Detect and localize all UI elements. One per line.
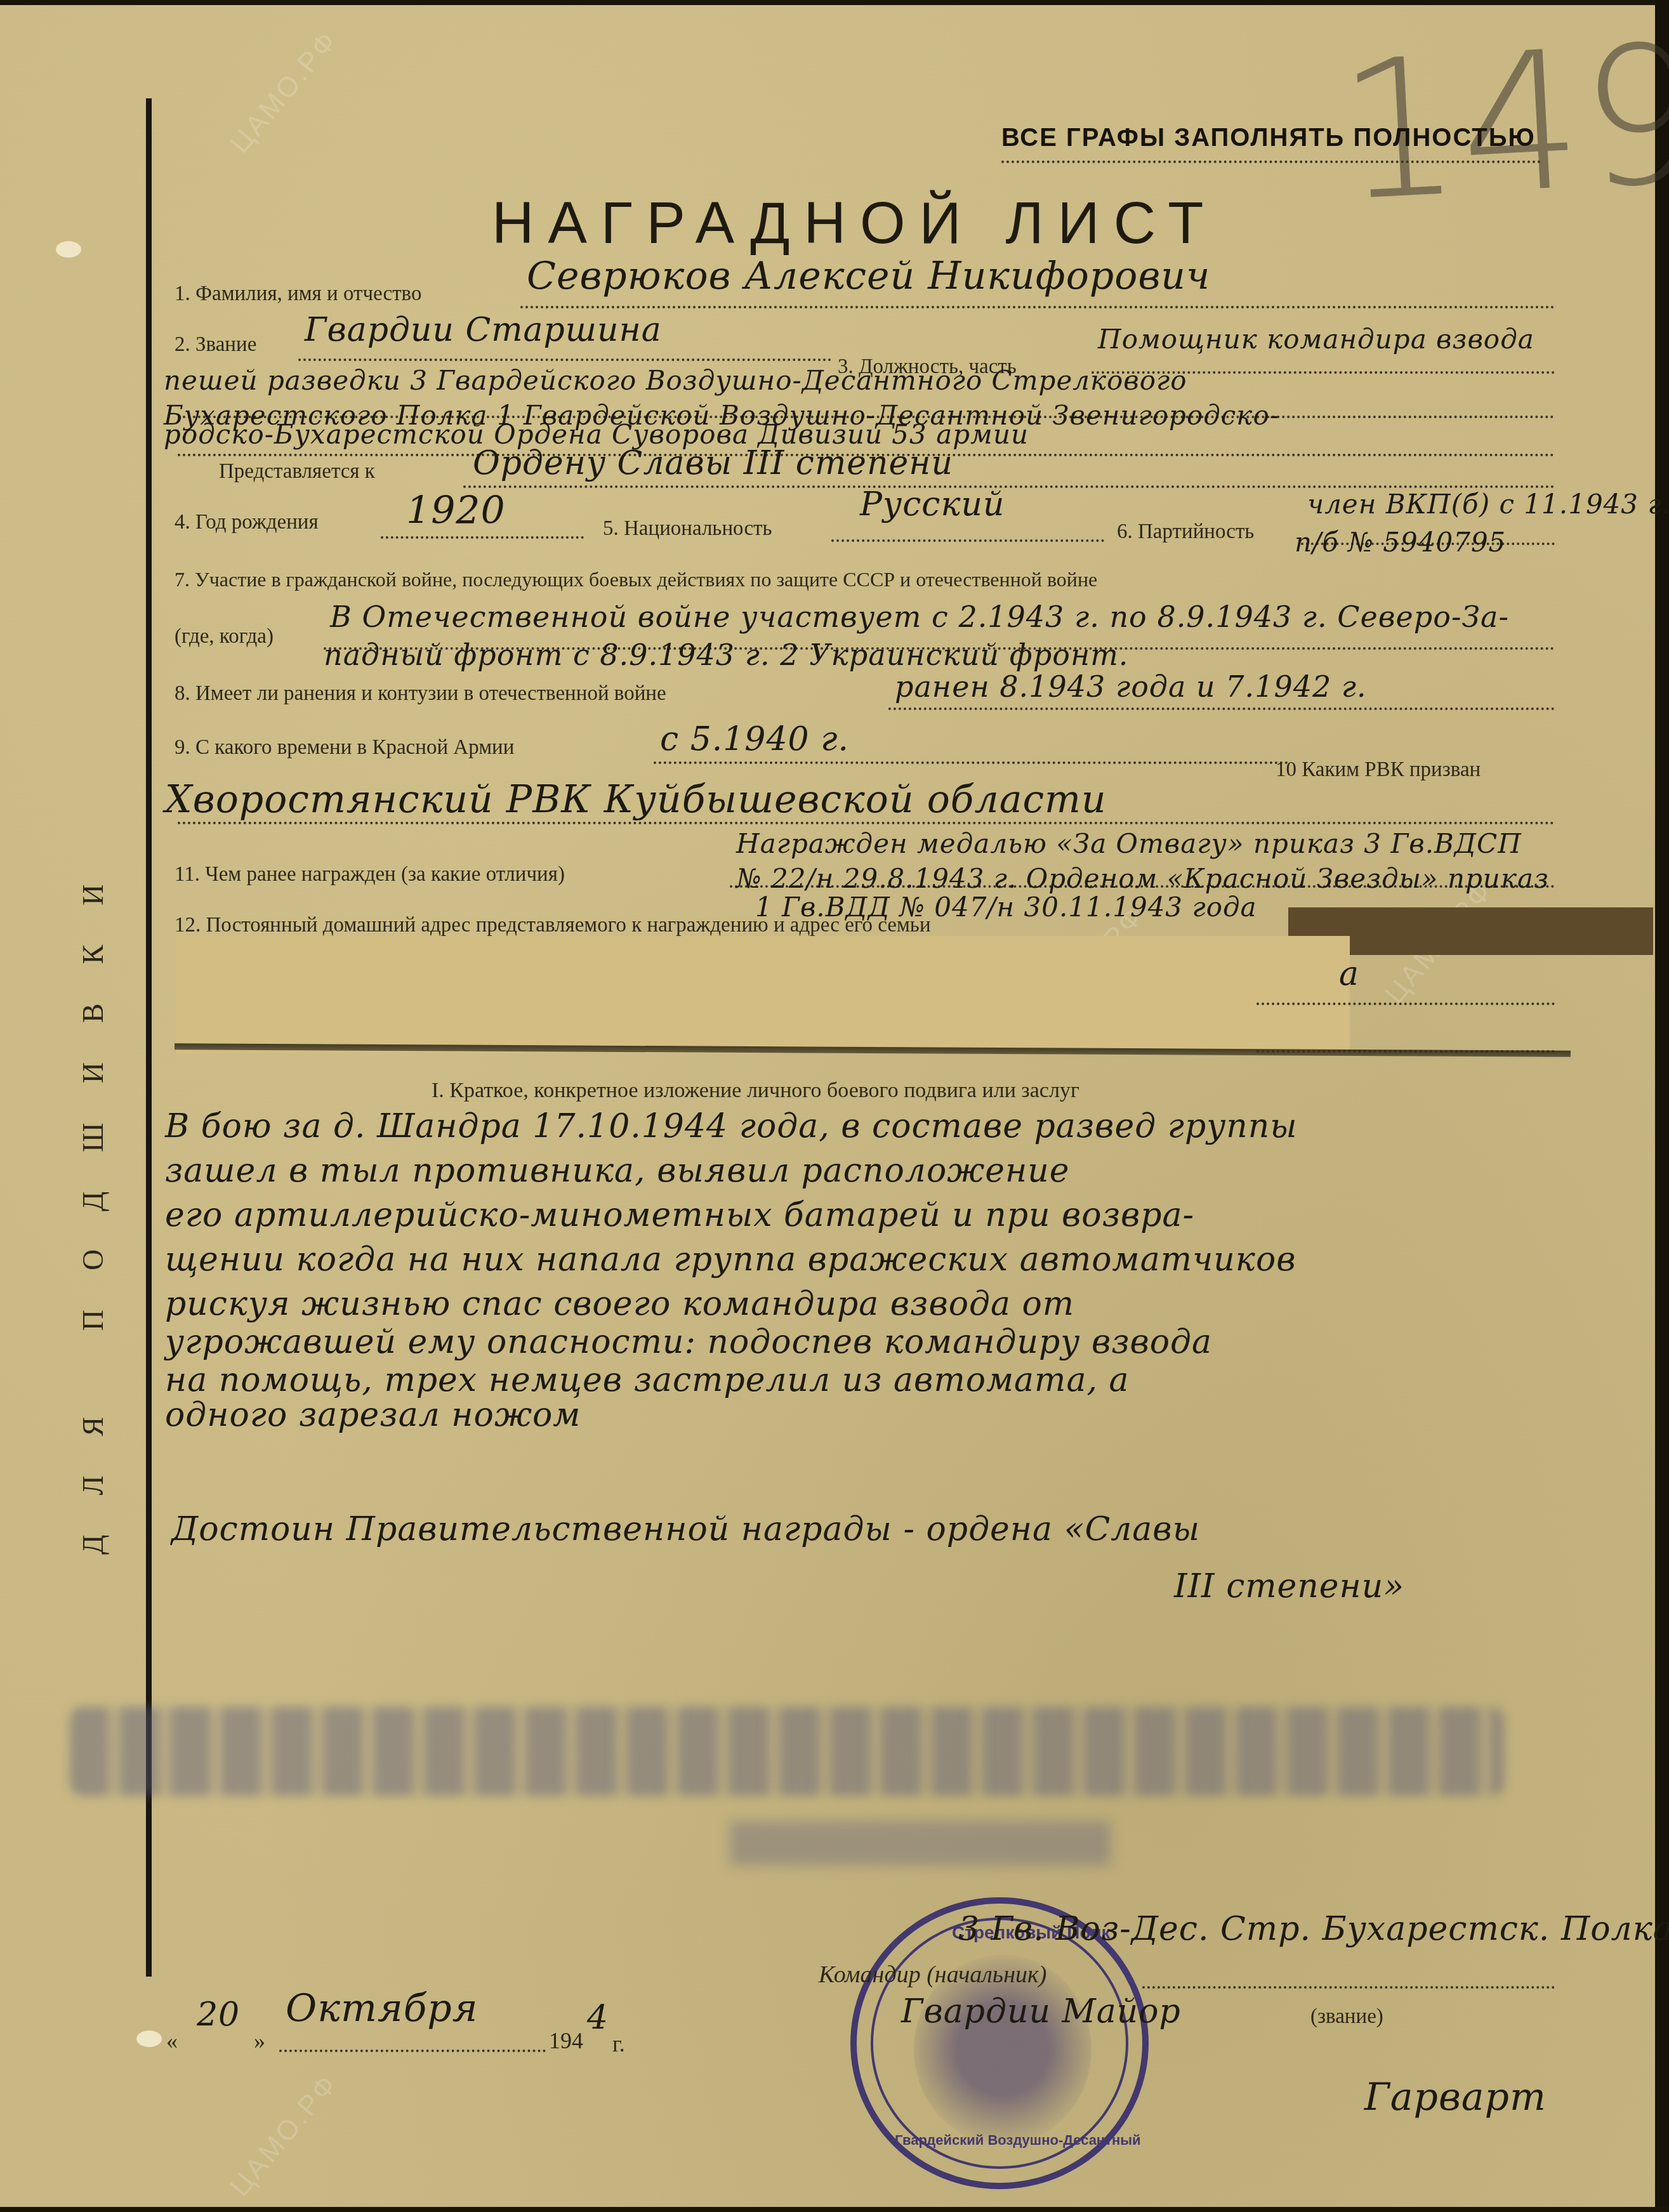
narrative-line: зашел в тыл противника, выявил расположе… (165, 1152, 1070, 1190)
narrative-line: на помощь, трех немцев застрелил из авто… (165, 1361, 1129, 1399)
narrative-line: В бою за д. Шандра 17.10.1944 года, в со… (165, 1107, 1298, 1145)
field-1-line (520, 306, 1555, 308)
commander-label: Командир (начальник) (819, 1961, 1046, 1989)
punch-hole (136, 2031, 162, 2047)
field-10-line (178, 822, 1555, 824)
date-month: Октября (286, 1986, 478, 2031)
field-3-value-line: пешей разведки 3 Гвардейского Воздушно-Д… (164, 365, 1187, 396)
narrative-line: одного зарезал ножом (165, 1396, 581, 1434)
binding-margin-label: ДЛЯ ПОДШИВКИ (76, 539, 114, 1555)
field-10-label: 10 Каким РВК призван (1276, 758, 1481, 782)
redacted-address (176, 936, 1350, 1053)
field-11-value-line: Награжден медалью «За Отвагу» приказ 3 Г… (736, 828, 1522, 859)
presented-label: Представляется к (219, 460, 375, 484)
field-11-value-line: № 22/н 29.8.1943 г. Орденом «Красной Зве… (736, 863, 1549, 894)
field-6-value-line1: член ВКП(б) с 11.1943 г. (1307, 489, 1669, 520)
field-6-value-line2: п/б № 5940795 (1295, 527, 1506, 558)
recommendation-line: III степени» (1174, 1567, 1404, 1605)
punch-hole (56, 241, 81, 258)
field-5-label: 5. Национальность (603, 517, 772, 541)
rank-label: (звание) (1310, 2005, 1383, 2029)
presented-value: Ордену Славы III степени (473, 444, 953, 482)
fill-instruction: ВСЕ ГРАФЫ ЗАПОЛНЯТЬ ПОЛНОСТЬЮ (1001, 124, 1536, 152)
narrative-line: рискуя жизнью спас своего командира взво… (165, 1285, 1074, 1323)
recommendation-line: Достоин Правительственной награды - орде… (171, 1510, 1200, 1548)
date-day: 20 (197, 1996, 240, 2034)
section-heading: I. Краткое, конкретное изложение личного… (432, 1079, 1079, 1103)
field-7-sublabel: (где, когда) (175, 625, 274, 648)
field-5-value: Русский (860, 485, 1005, 523)
field-10-value: Хворостянский РВК Куйбышевской области (165, 777, 1107, 822)
field-5-line (831, 539, 1104, 542)
field-9-line (654, 761, 1288, 764)
field-6-label: 6. Партийность (1117, 520, 1254, 544)
presented-line (463, 485, 1555, 488)
commander-signature: Гарварт (1364, 2075, 1547, 2119)
narrative-line: его артиллерийско-минометных батарей и п… (165, 1196, 1194, 1234)
field-2-value: Гвардии Старшина (305, 311, 662, 349)
narrative-line: щении когда на них напала группа вражеск… (165, 1241, 1296, 1279)
field-1-label: 1. Фамилия, имя и отчество (175, 282, 421, 306)
seal-text-bottom: Гвардейский Воздушно-Десантный (895, 2132, 1141, 2149)
commander-line (1142, 1986, 1555, 1989)
blurred-stamp-text (70, 1707, 1504, 1796)
watermark: ЦАМО.РФ (224, 2068, 345, 2202)
field-2-label: 2. Звание (175, 333, 256, 357)
instruction-underline (1001, 161, 1541, 163)
field-9-value: с 5.1940 г. (660, 720, 849, 758)
date-close-quote: » (254, 2027, 265, 2054)
field-8-line (888, 708, 1555, 710)
field-12-label: 12. Постоянный домашний адрес представля… (175, 914, 931, 937)
field-8-value: ранен 8.1943 года и 7.1942 г. (895, 669, 1367, 704)
field-8-label: 8. Имеет ли ранения и контузии в отечест… (175, 682, 666, 706)
watermark: ЦАМО.РФ (224, 25, 345, 159)
field-9-label: 9. С какого времени в Красной Армии (175, 736, 514, 760)
field-2-line (298, 359, 831, 361)
date-year-prefix: 194 (549, 2027, 583, 2054)
field-4-value: 1920 (406, 489, 506, 533)
document-title: НАГРАДНОЙ ЛИСТ (492, 190, 1217, 257)
date-year-digit: 4 (587, 1999, 609, 2037)
field-7-value-line: В Отечественной войне участвует с 2.1943… (330, 600, 1509, 634)
date-suffix: г. (612, 2031, 625, 2057)
field-4-line (381, 536, 584, 539)
binding-margin-rule (146, 98, 152, 1977)
scan-border-right (1655, 0, 1669, 2212)
field-11-label: 11. Чем ранее награжден (за какие отличи… (175, 863, 565, 886)
date-line (279, 2050, 546, 2052)
narrative-line: угрожавшей ему опасности: подоспев коман… (165, 1323, 1212, 1361)
field-1-value: Севрюков Алексей Никифорович (527, 254, 1210, 298)
scan-border-bottom (0, 2207, 1669, 2212)
rank-value: Гвардии Майор (901, 1992, 1181, 2031)
field-12-value-tail: а (1339, 955, 1359, 993)
date-open-quote: « (166, 2027, 178, 2054)
unit-handwritten: 3 Гв. Воз-Дес. Стр. Бухарестск. Полка (958, 1910, 1669, 1948)
scan-border-top (0, 0, 1669, 5)
field-7-value-line: падный фронт с 8.9.1943 г. 2 Украинский … (324, 638, 1128, 672)
blurred-stamp-text (730, 1821, 1111, 1866)
field-3-value-line: Помощник командира взвода (1098, 324, 1534, 355)
field-12-line (1257, 1003, 1555, 1005)
field-4-label: 4. Год рождения (175, 511, 319, 534)
field-7-label: 7. Участие в гражданской войне, последую… (175, 568, 1097, 591)
